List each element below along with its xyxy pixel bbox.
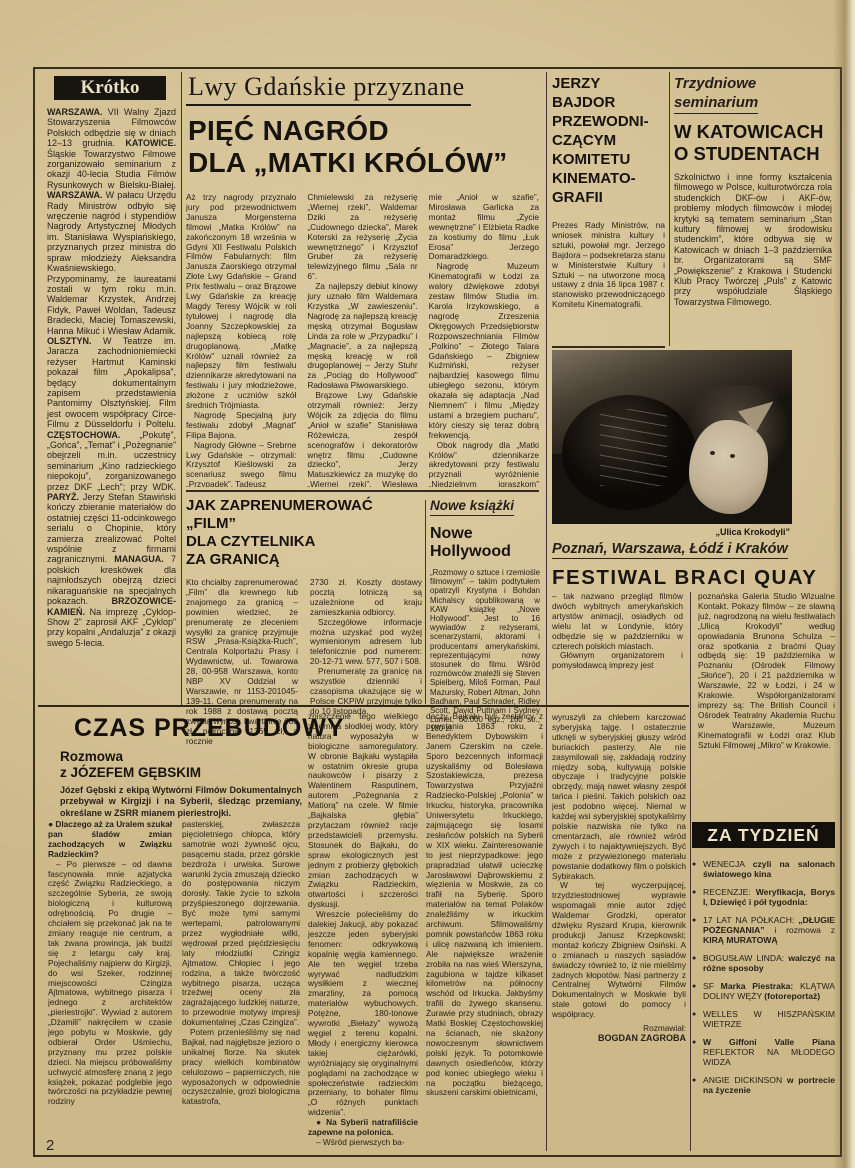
katowice-heading: W KATOWICACH O STUDENTACH [674,121,834,165]
article-column: daczy Bajkału byli zesłańcy z powstania … [426,712,543,1150]
quay-heading: FESTIWAL BRACI QUAY [552,566,835,590]
next-week-item: RECENZJE: Weryfikacja, Borys I, Dziewięć… [692,887,835,907]
interview-byline: Rozmowa z JÓZEFEM GĘBSKIM [60,749,201,781]
column-rule [425,500,426,704]
section-divider [552,346,665,348]
signature-name: BOGDAN ZAGROBA [552,1034,686,1044]
katowice-kicker: Trzydniowe seminarium [674,74,758,114]
article-column: Aż trzy nagrody przyznało jury pod przew… [186,193,296,487]
next-week-item: WELLES W HISZPAŃSKIM WIETRZE [692,1009,835,1029]
page-edge-crease [833,0,855,1168]
column-rule [669,72,670,346]
photo-caption: „Ulica Krokodyli” [552,527,790,537]
bajdor-body: Prezes Rady Ministrów, na wniosek minist… [552,221,665,331]
article-column: ● Dlaczego aż za Uralem szukał pan śladó… [48,820,172,1148]
next-week-list: WENECJA czyli na salonach światowego kin… [692,859,835,1095]
photo-pin-texture [600,409,667,486]
interview-headline: CZAS PRZEBUDOWY [74,714,345,743]
news-briefs-section: Krótko WARSZAWA. VII Walny Zjazd Stowarz… [40,74,179,706]
article-column-text: wyruszyli za chlebem karczować syberyjsk… [552,713,686,1020]
new-books-article: Nowe książki Nowe Hollywood „Rozmowy o s… [430,497,540,735]
briefs-title: Krótko [54,76,166,100]
article-column: wyruszyli za chlebem karczować syberyjsk… [552,713,686,1151]
lead-article-columns: Aż trzy nagrody przyznało jury pod przew… [186,193,539,487]
interview-lede: Józef Gębski z ekipą Wytwórni Filmów Dok… [60,785,302,819]
interview-signature: Rozmawiał: BOGDAN ZAGROBA [552,1024,686,1044]
next-week-item: W Giffoni Valle Piana REFLEKTOR NA MŁODE… [692,1037,835,1068]
lead-article-headline: PIĘĆ NAGRÓD DLA „MATKI KRÓLÓW” [188,115,539,179]
article-column: pasterskiej, zwłaszcza pięcioletniego ch… [182,820,300,1148]
article-column: zniszczenie tego wielkiego zbiornika sło… [308,712,418,1150]
katowice-body: Szkolnictwo i inne formy kształcenia fil… [674,172,832,358]
lead-article-kicker: Lwy Gdańskie przyznane [186,72,471,106]
next-week-item: ANGIE DICKINSON w portrecie na życzenie [692,1075,835,1095]
next-week-item: BOGUSŁAW LINDA: walczyć na różne sposoby [692,953,835,973]
briefs-title-label: Krótko [80,77,139,98]
column-rule [181,72,182,705]
puppet-face [689,420,768,514]
article-column: poznańska Galeria Studio Wizualne Kontak… [698,592,835,820]
article-column: – tak nazwano przegląd filmów dwóch wybi… [552,592,683,704]
briefs-body: WARSZAWA. VII Walny Zjazd Stowarzyszenia… [40,107,179,703]
next-week-box: ZA TYDZIEŃ WENECJA czyli na salonach świ… [692,822,835,1122]
interview-article: CZAS PRZEBUDOWY Rozmowa z JÓZEFEM GĘBSKI… [38,705,689,1155]
film-still-photo [552,350,792,524]
bajdor-article: JERZY BAJDOR PRZEWODNI- CZĄCYM KOMITETU … [552,74,665,346]
subscription-heading: JAK ZAPRENUMEROWAĆ „FILM” DLA CZYTELNIKA… [186,497,422,569]
next-week-item: 17 LAT NA PÓŁKACH: „DŁUGIE POŻEGNANIA” i… [692,915,835,946]
bajdor-heading: JERZY BAJDOR PRZEWODNI- CZĄCYM KOMITETU … [552,74,665,207]
lead-article: Lwy Gdańskie przyznane PIĘĆ NAGRÓD DLA „… [186,72,539,492]
article-column: Chmielewski za reżyserię „Wiernej rzeki”… [307,193,417,487]
next-week-title: ZA TYDZIEŃ [692,822,835,848]
next-week-item: WENECJA czyli na salonach światowego kin… [692,859,835,879]
newspaper-page: Krótko WARSZAWA. VII Walny Zjazd Stowarz… [0,0,855,1168]
page-number: 2 [46,1137,54,1154]
katowice-article: Trzydniowe seminarium W KATOWICACH O STU… [674,74,834,346]
article-column: mie „Anioł w szafie”, Mirosława Garlicka… [429,193,539,487]
subscription-article: JAK ZAPRENUMEROWAĆ „FILM” DLA CZYTELNIKA… [186,497,422,735]
next-week-item: SF Marka Piestraka: KLĄTWA DOLINY WĘŻY (… [692,981,835,1001]
books-heading: Nowe Hollywood [430,525,540,561]
books-kicker: Nowe książki [430,498,514,516]
quay-kicker: Poznań, Warszawa, Łódź i Kraków [552,541,788,559]
